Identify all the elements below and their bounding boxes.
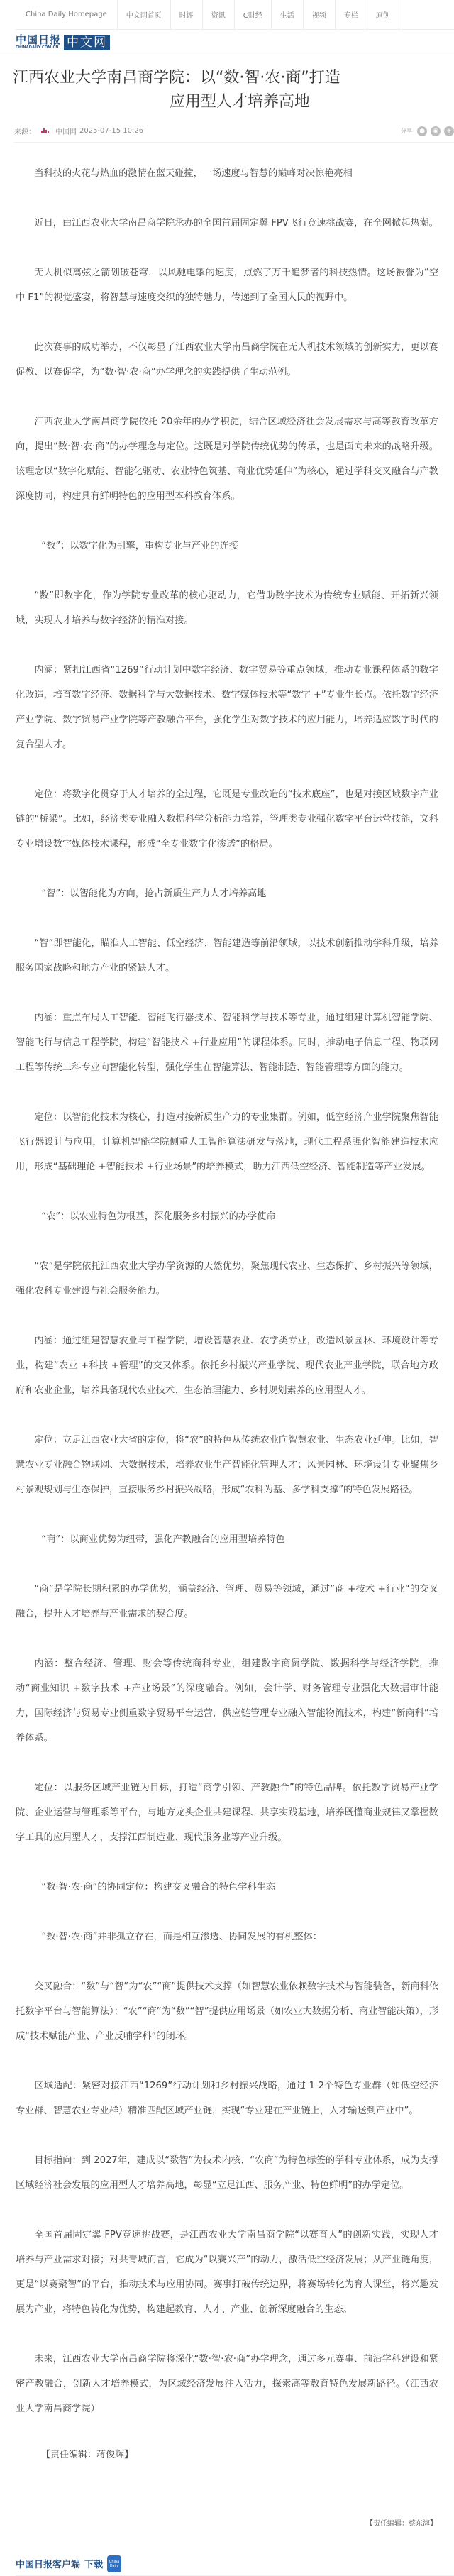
china-daily-logo[interactable]: 中国日报 CHINADAILY.COM.CN	[16, 35, 61, 50]
paragraph: 无人机似离弦之箭划破苍穹，以风驰电掣的速度，点燃了万千追梦者的科技热情。这场被誉…	[16, 260, 438, 310]
paragraph: 内涵：紧扣江西省“1269”行动计划中数字经济、数字贸易等重点领域，推动专业课程…	[16, 658, 438, 757]
responsible-editor-footer: 【责任编辑：蔡东海】	[16, 2517, 438, 2528]
section-heading-shu: “数”：以数字化为引擎，重构专业与产业的连接	[16, 534, 438, 558]
nav-finance[interactable]: C财经	[235, 0, 272, 29]
china-daily-app-icon[interactable]: China Daily	[107, 2555, 121, 2572]
source-name: 中国网	[55, 126, 77, 136]
paragraph: 近日，由江西农业大学南昌商学院承办的全国首届固定翼 FPV飞行竞速挑战赛，在全网…	[16, 211, 438, 236]
responsible-editor-inline: 【责任编辑：蒋俊辉】	[16, 2443, 438, 2467]
nav-chinese-homepage[interactable]: 中文网首页	[118, 0, 171, 29]
logo-bar: 中国日报 CHINADAILY.COM.CN 中文网	[0, 30, 454, 55]
nav-china-daily-homepage[interactable]: China Daily Homepage	[16, 0, 118, 29]
section-heading-synergy: “数·智·农·商”的协同定位：构建交叉融合的特色学科生态	[16, 1875, 438, 1900]
paragraph: 内涵：重点布局人工智能、智能飞行器技术、智能科学与技术等专业，通过组建计算机智能…	[16, 1006, 438, 1080]
logo-badge: 中文网	[64, 35, 110, 50]
paragraph: 交叉融合：“数”与“智”为“农”“商”提供技术支撑（如智慧农业依赖数字技术与智能…	[16, 1974, 438, 2049]
source-label: 来源：	[14, 126, 35, 136]
paragraph: 目标指向：到 2027年，建成以“数智”为技术内核、“农商”为特色标签的学科专业…	[16, 2148, 438, 2198]
weibo-icon[interactable]: ◉	[431, 126, 441, 136]
section-heading-shang: “商”：以商业优势为纽带，强化产教融合的应用型培养特色	[16, 1527, 438, 1552]
wechat-icon[interactable]: ●	[417, 126, 427, 136]
paragraph: 定位：立足江西农业大省的定位，将“农”的特色从传统农业向智慧农业、生态农业延伸。…	[16, 1428, 438, 1502]
paragraph-lead: 当科技的火花与热血的激情在蓝天碰撞，一场速度与智慧的巅峰对决惊艳亮相	[16, 161, 438, 186]
paragraph: 未来，江西农业大学南昌商学院将深化“数·智·农·商”办学理念，通过多元赛事、前沿…	[16, 2347, 438, 2421]
paragraph: “数”即数字化，作为学院专业改革的核心驱动力，它借助数字技术为传统专业赋能、开拓…	[16, 583, 438, 633]
article-title-line-2: 应用型人才培养高地	[13, 90, 454, 114]
logo-sub-text: CHINADAILY.COM.CN	[16, 45, 59, 50]
paragraph: 定位：将数字化贯穿于人才培养的全过程，它既是专业改造的“技术底座”，也是对接区域…	[16, 782, 438, 857]
publish-datetime: 2025-07-15 10:26	[79, 127, 143, 135]
paragraph: “农”是学院依托江西农业大学办学资源的天然优势，聚焦现代农业、生态保护、乡村振兴…	[16, 1254, 438, 1304]
paragraph: 定位：以服务区域产业链为目标，打造“商学引领、产教融合”的特色品牌。依托数字贸易…	[16, 1776, 438, 1850]
app-download-bar: 中国日报客户端 下载 China Daily	[16, 2552, 454, 2576]
paragraph: 内涵：通过组建智慧农业与工程学院，增设智慧农业、农学类专业，改造风景园林、环境设…	[16, 1328, 438, 1403]
paragraph: 内涵：整合经济、管理、财会等传统商科专业，组建数字商贸学院、数据科学与经济学院，…	[16, 1651, 438, 1751]
source-logo-icon	[41, 128, 50, 133]
nav-video[interactable]: 视频	[304, 0, 336, 29]
section-heading-zhi: “智”：以智能化为方向，抢占新质生产力人才培养高地	[16, 881, 438, 906]
nav-commentary[interactable]: 时评	[171, 0, 203, 29]
paragraph: 全国首届固定翼 FPV竞速挑战赛，是江西农业大学南昌商学院“以赛育人”的创新实践…	[16, 2223, 438, 2322]
meta-source: 来源： 中国网 2025-07-15 10:26	[14, 126, 143, 136]
article-body: 当科技的火花与热血的激情在蓝天碰撞，一场速度与智慧的巅峰对决惊艳亮相 近日，由江…	[0, 161, 454, 2528]
paragraph: 定位：以智能化技术为核心，打造对接新质生产力的专业集群。例如，低空经济产业学院聚…	[16, 1105, 438, 1179]
share-label: 分享	[401, 127, 412, 135]
paragraph: 江西农业大学南昌商学院依托 20余年的办学积淀，结合区域经济社会发展需求与高等教…	[16, 409, 438, 509]
nav-news[interactable]: 资讯	[203, 0, 235, 29]
plus-icon[interactable]: +	[444, 126, 454, 136]
app-name-link[interactable]: 中国日报客户端	[16, 2557, 80, 2570]
paragraph: “智”即智能化，瞄准人工智能、低空经济、智能建造等前沿领域，以技术创新推动学科升…	[16, 931, 438, 981]
section-heading-synergy-intro: “数·智·农·商”并非孤立存在，而是相互渗透、协同发展的有机整体：	[16, 1925, 438, 1949]
nav-life[interactable]: 生活	[272, 0, 304, 29]
article-meta: 来源： 中国网 2025-07-15 10:26 分享 ● ◉ +	[14, 124, 454, 143]
nav-columns[interactable]: 专栏	[336, 0, 367, 29]
nav-original[interactable]: 原创	[367, 0, 399, 29]
section-heading-nong: “农”：以农业特色为根基，深化服务乡村振兴的办学使命	[16, 1204, 438, 1229]
app-download-link[interactable]: 下载	[84, 2557, 103, 2570]
paragraph: “商”是学院长期积累的办学优势，涵盖经济、管理、贸易等领域，通过”商 +技术 +…	[16, 1577, 438, 1626]
top-navigation: China Daily Homepage 中文网首页 时评 资讯 C财经 生活 …	[16, 0, 454, 30]
logo-main-text: 中国日报	[16, 35, 61, 45]
paragraph: 区域适配：紧密对接江西“1269”行动计划和乡村振兴战略，通过 1-2个特色专业…	[16, 2074, 438, 2123]
article-title: 江西农业大学南昌商学院：以“数·智·农·商”打造 应用型人才培养高地	[13, 55, 454, 114]
paragraph: 此次赛事的成功举办，不仅彰显了江西农业大学南昌商学院在无人机技术领域的创新实力，…	[16, 335, 438, 385]
article-title-line-1: 江西农业大学南昌商学院：以“数·智·农·商”打造	[13, 66, 454, 90]
share-bar: 分享 ● ◉ +	[401, 126, 454, 136]
